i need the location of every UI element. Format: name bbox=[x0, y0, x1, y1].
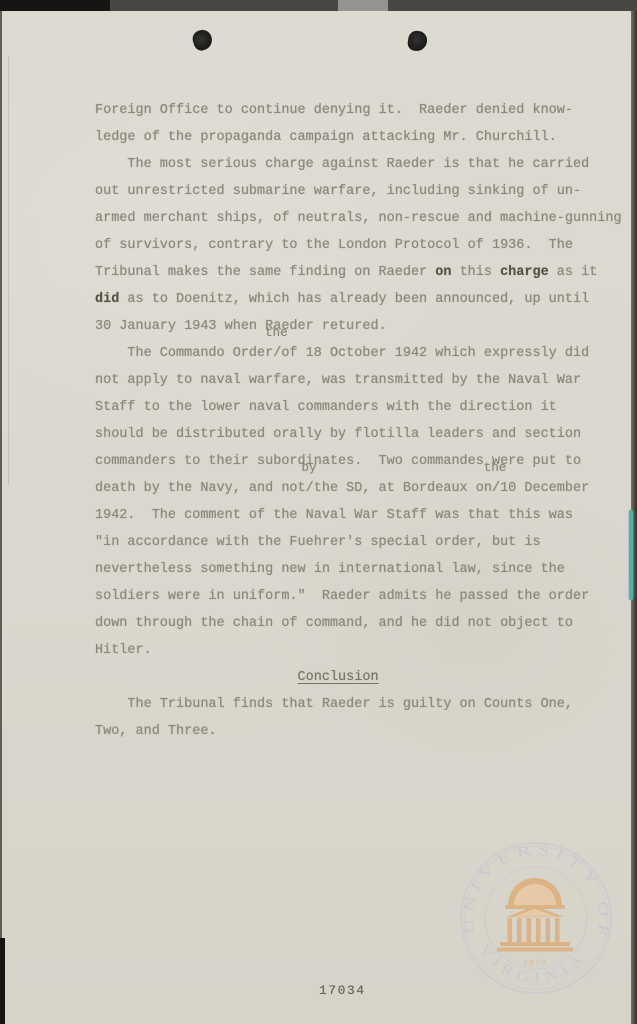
typed-line: 1942. The comment of the Naval War Staff… bbox=[95, 502, 635, 529]
typed-line: out unrestricted submarine warfare, incl… bbox=[95, 178, 635, 205]
typed-text-segment: Two, and Three. bbox=[95, 724, 217, 739]
typed-text-segment: The Tribunal finds that Raeder is guilty… bbox=[95, 697, 573, 712]
typed-line: Staff to the lower naval commanders with… bbox=[95, 394, 635, 421]
typed-line: soldiers were in uniform." Raeder admits… bbox=[95, 583, 635, 610]
scanner-band-light-segment bbox=[338, 0, 388, 11]
typed-line: Conclusion bbox=[95, 664, 635, 691]
paper-crease-line bbox=[8, 55, 9, 485]
typed-line: nevertheless something new in internatio… bbox=[95, 556, 635, 583]
rotunda-icon bbox=[497, 878, 573, 952]
typed-line: 30 January 1943 when Raeder retured. bbox=[95, 313, 635, 340]
university-of-virginia-seal: UNIVERSITY OF VIRGINIA 1819 bbox=[450, 830, 630, 1024]
conclusion-heading: Conclusion bbox=[298, 670, 379, 685]
typed-text-segment: this bbox=[451, 265, 500, 280]
typed-text-segment: "in accordance with the Fuehrer's specia… bbox=[95, 535, 541, 550]
page-left-edge-dark-corner bbox=[0, 938, 5, 1024]
typed-text-segment: 1942. The comment of the Naval War Staff… bbox=[95, 508, 573, 523]
typed-line: The most serious charge against Raeder i… bbox=[95, 151, 635, 178]
page-number: 17034 bbox=[319, 983, 366, 998]
page-left-edge-shadow bbox=[0, 11, 2, 1024]
inserted-word-above-line: the bbox=[265, 327, 288, 340]
typed-text-segment: nevertheless something new in internatio… bbox=[95, 562, 565, 577]
typed-text-segment: did bbox=[95, 292, 119, 307]
typed-line: The Tribunal finds that Raeder is guilty… bbox=[95, 691, 635, 718]
typed-text-segment: charge bbox=[500, 265, 549, 280]
typed-text-segment: The most serious charge against Raeder i… bbox=[95, 157, 589, 172]
typed-text-segment: down through the chain of command, and h… bbox=[95, 616, 573, 631]
typed-line: Tribunal makes the same finding on Raede… bbox=[95, 259, 635, 286]
typed-text-segment: not apply to naval warfare, was transmit… bbox=[95, 373, 581, 388]
typed-text-segment: on bbox=[435, 265, 451, 280]
typed-line: ledge of the propaganda campaign attacki… bbox=[95, 124, 635, 151]
typed-text-segment: should be distributed orally by flotilla… bbox=[95, 427, 581, 442]
typed-text-segment: as it bbox=[549, 265, 598, 280]
typed-text-segment bbox=[95, 670, 298, 685]
typed-text-segment: of survivors, contrary to the London Pro… bbox=[95, 238, 573, 253]
typed-text-segment: The Commando Order/of 18 October 1942 wh… bbox=[95, 346, 589, 361]
typed-line: should be distributed orally by flotilla… bbox=[95, 421, 635, 448]
inserted-word-above-line: the bbox=[484, 462, 507, 475]
typed-text-segment: soldiers were in uniform." Raeder admits… bbox=[95, 589, 589, 604]
typewritten-text-block: Foreign Office to continue denying it. R… bbox=[95, 97, 635, 745]
typed-text-segment: Staff to the lower naval commanders with… bbox=[95, 400, 557, 415]
typed-text-segment: Foreign Office to continue denying it. R… bbox=[95, 103, 573, 118]
typed-text-segment: Tribunal makes the same finding on Raede… bbox=[95, 265, 435, 280]
typed-line: down through the chain of command, and h… bbox=[95, 610, 635, 637]
typed-line: of survivors, contrary to the London Pro… bbox=[95, 232, 635, 259]
typed-text-segment: as to Doenitz, which has already been an… bbox=[119, 292, 589, 307]
typed-line: Two, and Three. bbox=[95, 718, 635, 745]
typed-text-segment: out unrestricted submarine warfare, incl… bbox=[95, 184, 581, 199]
typed-line: commanders to their subordinates. Two co… bbox=[95, 448, 635, 475]
typed-line: The Commando Order/of 18 October 1942 wh… bbox=[95, 340, 635, 367]
typed-line: Hitler. bbox=[95, 637, 635, 664]
typed-line: did as to Doenitz, which has already bee… bbox=[95, 286, 635, 313]
typed-text-segment: Hitler. bbox=[95, 643, 152, 658]
typed-line: armed merchant ships, of neutrals, non-r… bbox=[95, 205, 635, 232]
typed-text-segment: armed merchant ships, of neutrals, non-r… bbox=[95, 211, 622, 226]
seal-year: 1819 bbox=[524, 957, 547, 967]
typed-line: Foreign Office to continue denying it. R… bbox=[95, 97, 635, 124]
inserted-word-above-line: by bbox=[302, 462, 317, 475]
typed-text-segment: ledge of the propaganda campaign attacki… bbox=[95, 130, 557, 145]
typed-text-segment: 30 January 1943 when Raeder retured. bbox=[95, 319, 387, 334]
typed-text-segment: commanders to their subordinates. Two co… bbox=[95, 454, 581, 469]
scanner-band-dark-segment bbox=[0, 0, 110, 11]
typed-line: not apply to naval warfare, was transmit… bbox=[95, 367, 635, 394]
typed-text-segment: death by the Navy, and not/the SD, at Bo… bbox=[95, 481, 589, 496]
typed-line: "in accordance with the Fuehrer's specia… bbox=[95, 529, 635, 556]
typed-line: death by the Navy, and not/the SD, at Bo… bbox=[95, 475, 635, 502]
